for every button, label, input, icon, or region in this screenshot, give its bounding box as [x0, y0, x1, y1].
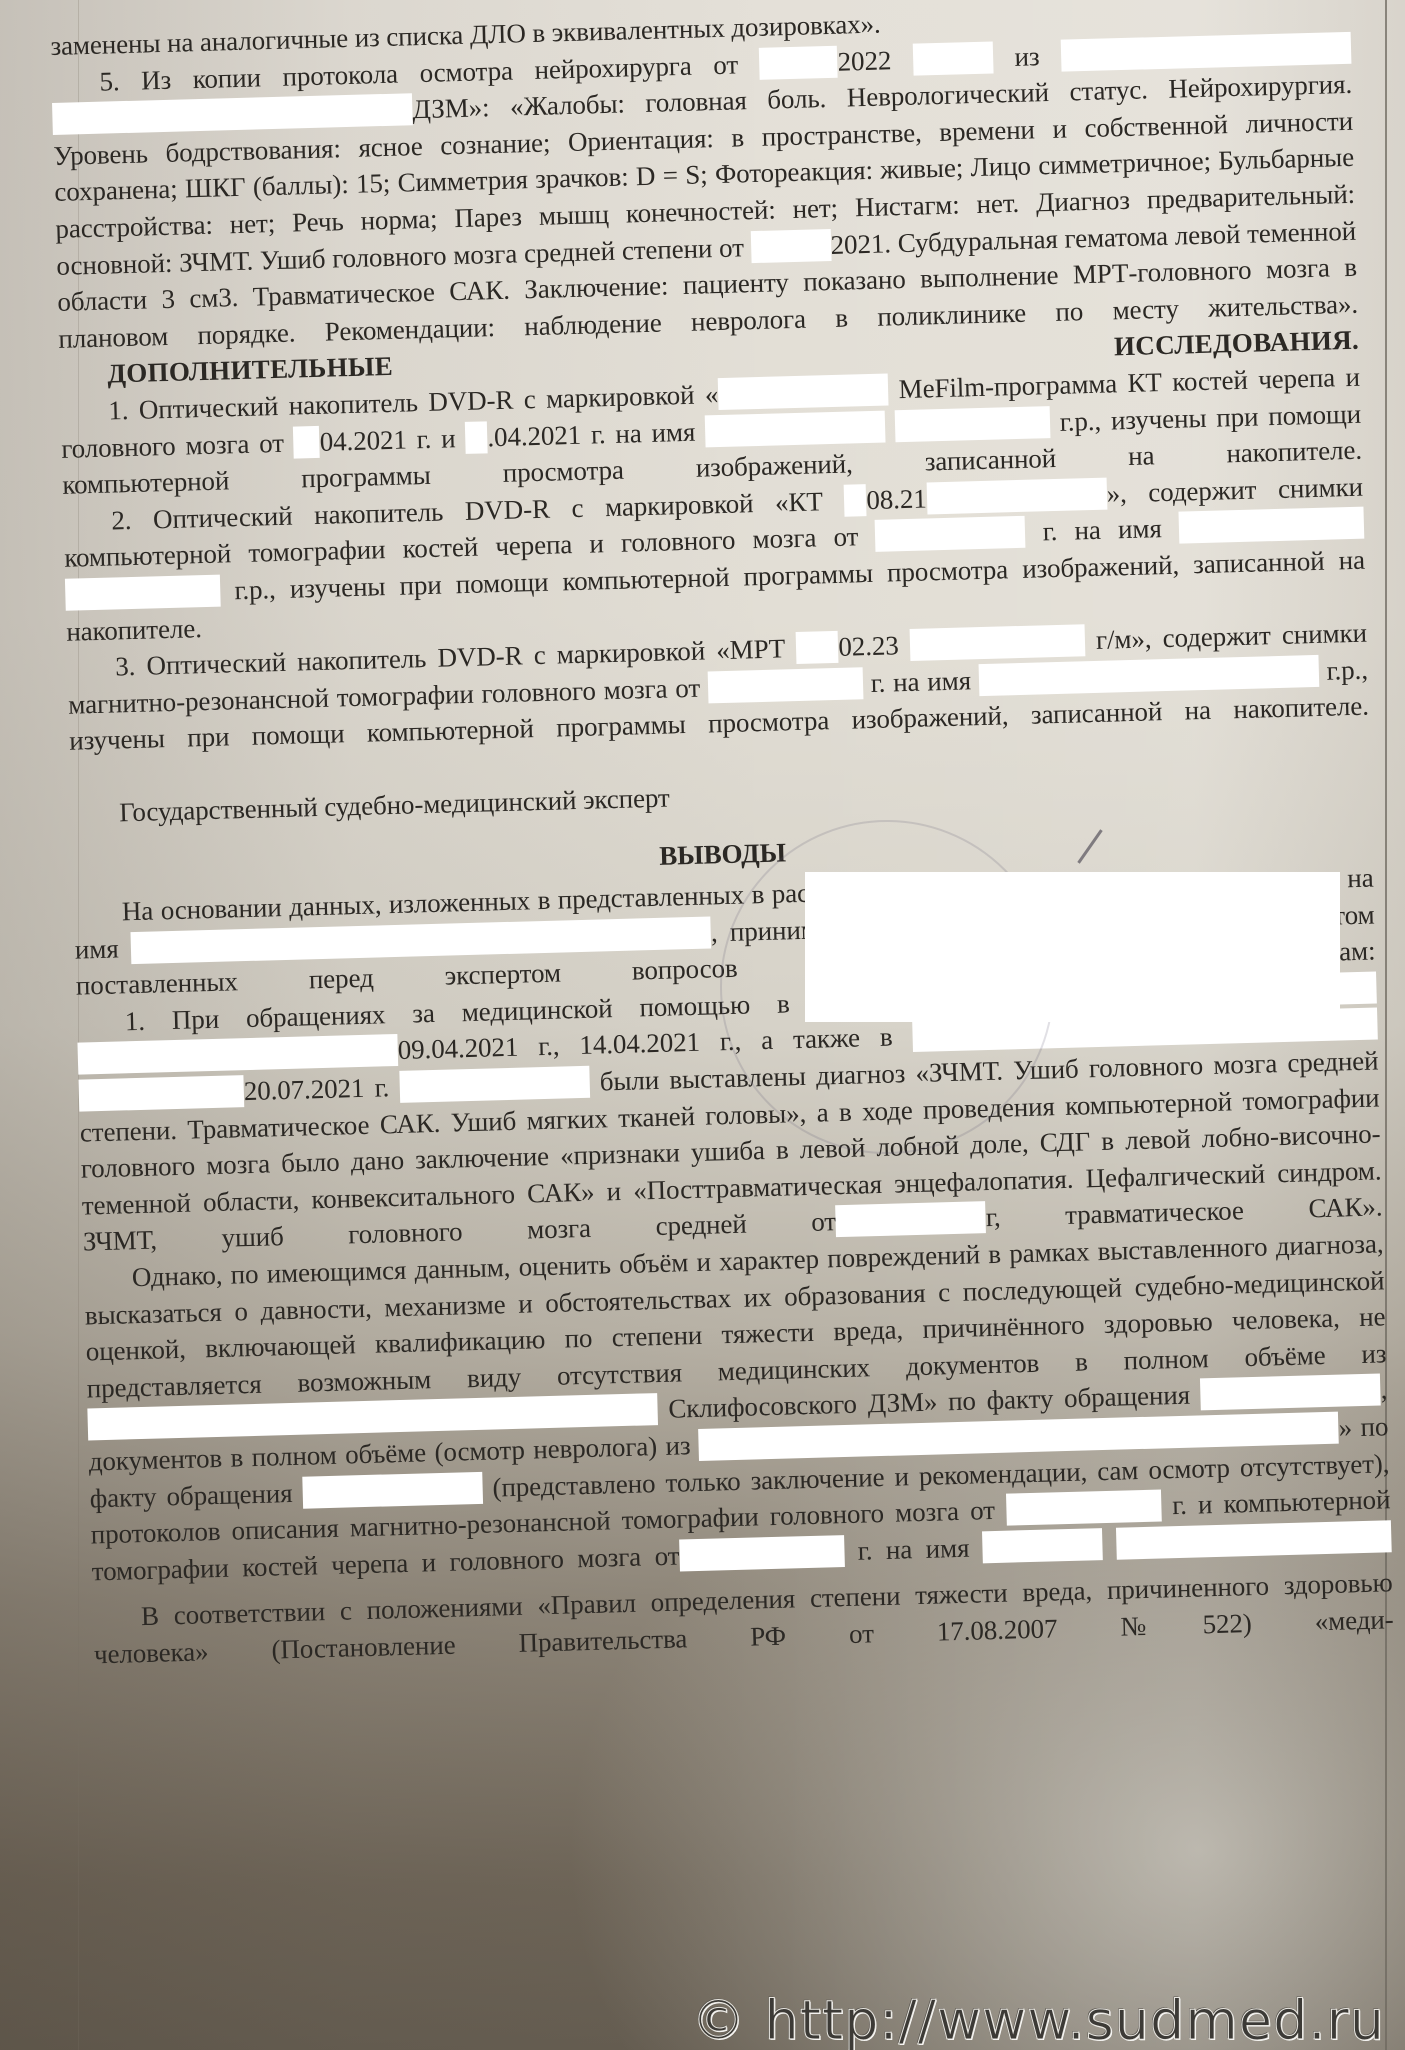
- item-5-from: из: [1014, 41, 1040, 72]
- signature-line: Государственный судебно-медицинский эксп…: [71, 760, 1372, 832]
- redaction: [978, 655, 1319, 696]
- page-edge: [1385, 0, 1387, 2050]
- redaction: [750, 229, 831, 263]
- redaction: [926, 477, 1107, 514]
- redaction: [78, 1075, 244, 1111]
- redaction: [912, 41, 993, 75]
- redaction: [293, 425, 320, 458]
- redaction: [718, 373, 889, 410]
- redaction: [894, 406, 1050, 442]
- redaction: [1116, 1520, 1392, 1559]
- signature-label: Государственный судебно-медицинский эксп…: [119, 782, 670, 827]
- redaction: [705, 410, 886, 447]
- study-2-name-label: г. на имя: [1042, 513, 1162, 546]
- item-5-paragraph: 5. Из копии протокола осмотра нейрохирур…: [51, 29, 1358, 357]
- redaction: [65, 575, 221, 611]
- redaction: [796, 631, 839, 664]
- however-g: г. на имя: [857, 1532, 969, 1565]
- redaction: [1061, 31, 1352, 71]
- redaction: [679, 1535, 845, 1571]
- redaction: [836, 1202, 987, 1238]
- study-3-mark: 02.23: [838, 630, 899, 662]
- redaction: [759, 45, 838, 79]
- redaction: [909, 624, 1085, 661]
- redaction: [302, 1471, 483, 1508]
- redaction: [52, 93, 413, 135]
- conclusion-1-date-c: 20.07.2021 г.: [243, 1072, 389, 1106]
- redaction: [77, 1034, 398, 1075]
- study-3-name-label: г. на имя: [870, 665, 971, 698]
- conclusion-1-dates: 09.04.2021 г., 14.04.2021 г., а также в: [397, 1022, 893, 1065]
- study-1-date-a: 04.2021 г. и: [319, 423, 456, 457]
- redaction: [844, 484, 867, 517]
- redaction: [1006, 1490, 1162, 1526]
- study-2-mark: 08.21: [866, 483, 927, 515]
- watermark: © http://www.sudmed.ru: [691, 1989, 1385, 2050]
- redaction: [707, 667, 863, 703]
- item-5-year: 2022: [837, 45, 891, 76]
- however-paragraph: Однако, по имеющимся данным, оценить объ…: [83, 1225, 1391, 1589]
- redaction: [465, 421, 488, 454]
- redaction: [1200, 1374, 1381, 1411]
- item-5-dzm: ДЗМ»:: [412, 92, 490, 124]
- redaction: [875, 516, 1026, 552]
- signature-redaction: [805, 872, 1340, 1022]
- however-a: Однако, по имеющимся данным, оценить объ…: [84, 1228, 1386, 1403]
- document-body: заменены на аналогичные из списка ДЛО в …: [50, 0, 1394, 1673]
- redaction: [1179, 507, 1365, 544]
- redaction: [982, 1528, 1103, 1563]
- study-1-date-b: .04.2021 г. на имя: [487, 416, 696, 452]
- redaction: [399, 1066, 590, 1103]
